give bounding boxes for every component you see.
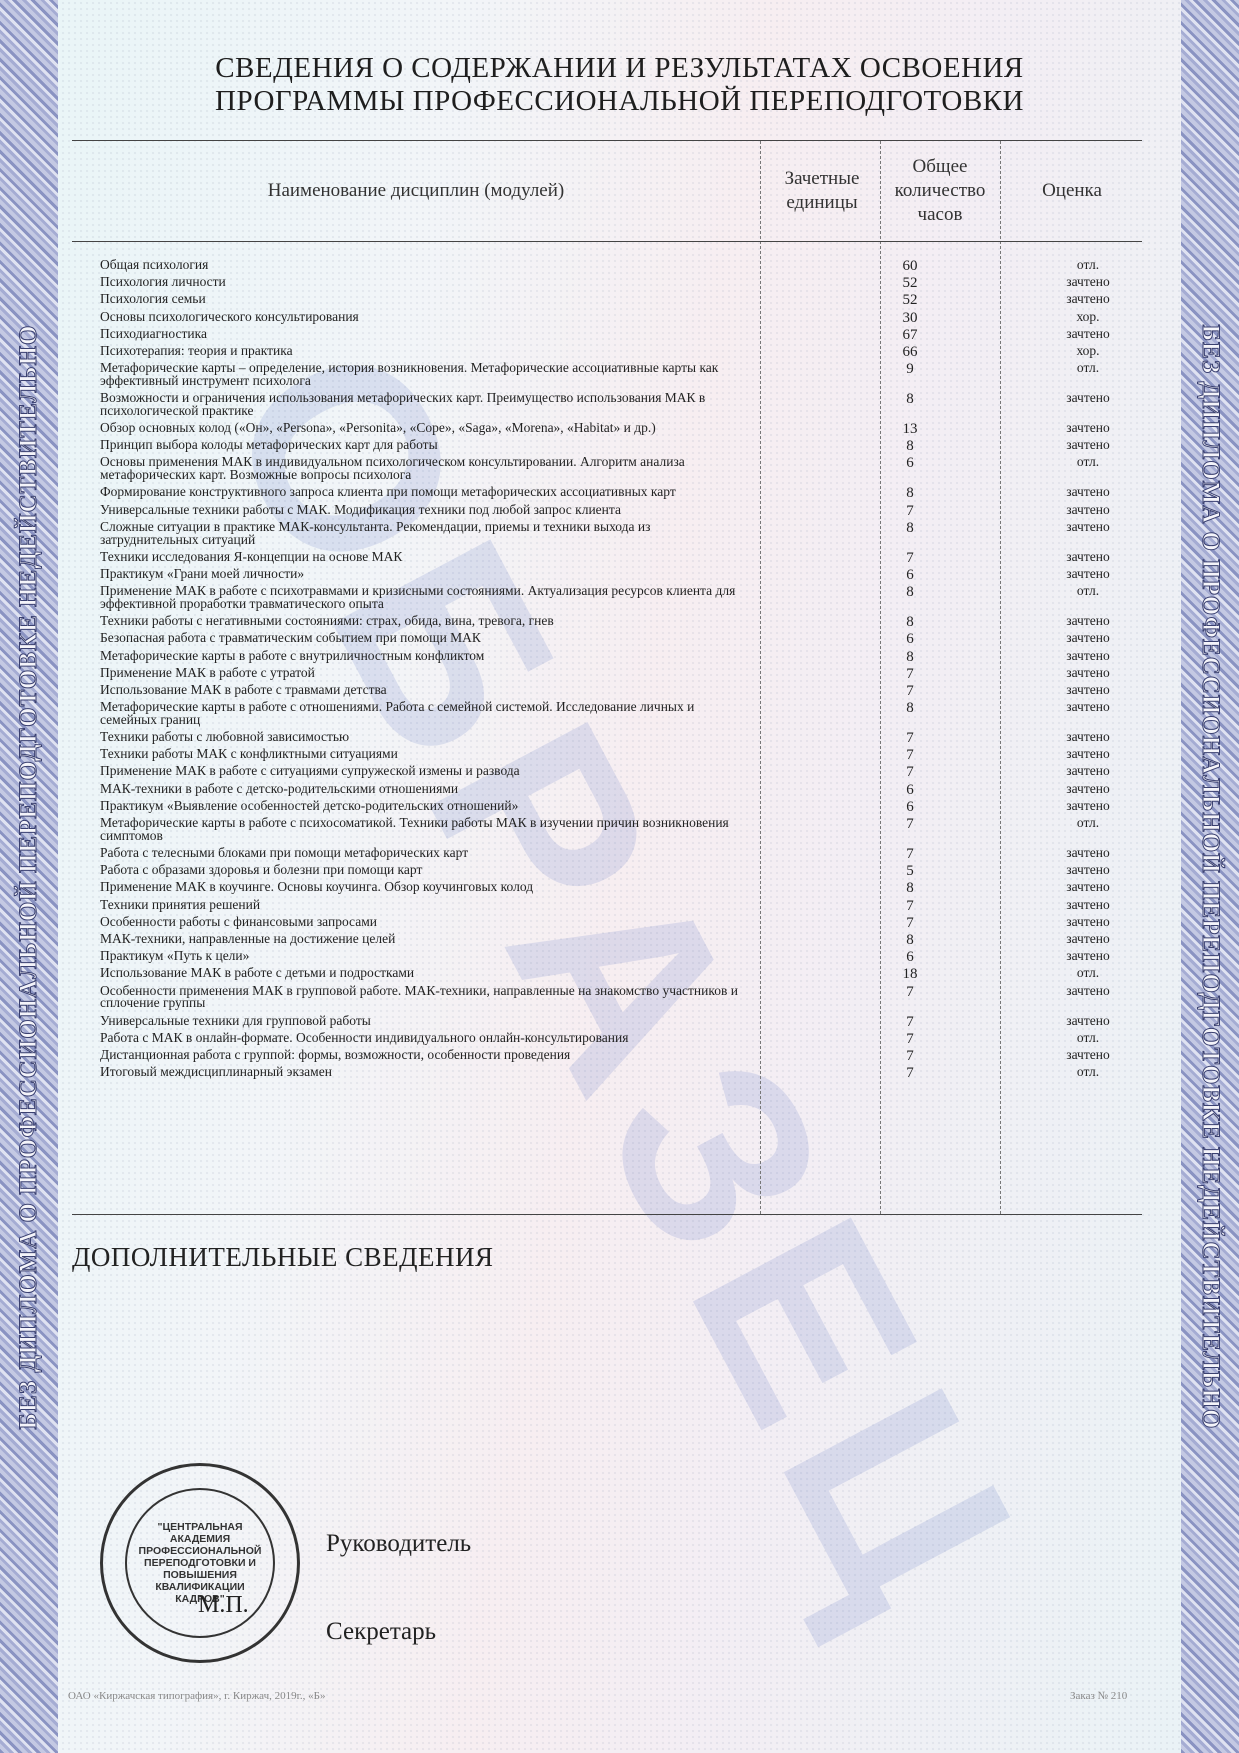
- discipline-grade: зачтено: [1028, 985, 1148, 998]
- discipline-grade: зачтено: [1028, 650, 1148, 663]
- additional-info-heading: ДОПОЛНИТЕЛЬНЫЕ СВЕДЕНИЯ: [72, 1242, 494, 1273]
- table-row: Работа с МАК в онлайн-формате. Особеннос…: [100, 1032, 1140, 1045]
- table-row: Применение МАК в коучинге. Основы коучин…: [100, 881, 1140, 894]
- discipline-name: Основы применения МАК в индивидуальном п…: [100, 456, 740, 482]
- discipline-hours: 7: [870, 748, 950, 763]
- page-title-line-2: ПРОГРАММЫ ПРОФЕССИОНАЛЬНОЙ ПЕРЕПОДГОТОВК…: [60, 85, 1179, 118]
- discipline-name: Работа с образами здоровья и болезни при…: [100, 864, 740, 877]
- table-row: Техники работы с любовной зависимостью7з…: [100, 731, 1140, 744]
- discipline-hours: 7: [870, 1049, 950, 1064]
- discipline-hours: 8: [870, 933, 950, 948]
- discipline-name: Дистанционная работа с группой: формы, в…: [100, 1049, 740, 1062]
- table-row: Психодиагностика67зачтено: [100, 328, 1140, 341]
- head-signature-label: Руководитель: [326, 1530, 471, 1558]
- table-row: Безопасная работа с травматическим событ…: [100, 632, 1140, 645]
- discipline-hours: 7: [870, 731, 950, 746]
- discipline-hours: 8: [870, 615, 950, 630]
- discipline-grade: зачтено: [1028, 328, 1148, 341]
- discipline-hours: 8: [870, 439, 950, 454]
- discipline-grade: зачтено: [1028, 521, 1148, 534]
- table-row: Психология личности52зачтено: [100, 276, 1140, 289]
- discipline-grade: зачтено: [1028, 276, 1148, 289]
- discipline-name: Принцип выбора колоды метафорических кар…: [100, 439, 740, 452]
- discipline-name: Психотерапия: теория и практика: [100, 345, 740, 358]
- discipline-hours: 7: [870, 916, 950, 931]
- discipline-grade: зачтено: [1028, 864, 1148, 877]
- discipline-grade: отл.: [1028, 1032, 1148, 1045]
- seal-place-label: М.П.: [198, 1592, 249, 1619]
- discipline-hours: 7: [870, 1015, 950, 1030]
- discipline-name: Психология семьи: [100, 293, 740, 306]
- table-row: Работа с образами здоровья и болезни при…: [100, 864, 1140, 877]
- table-row: Практикум «Путь к цели»6зачтено: [100, 950, 1140, 963]
- discipline-name: Особенности работы с финансовыми запроса…: [100, 916, 740, 929]
- table-row: Практикум «Грани моей личности»6зачтено: [100, 568, 1140, 581]
- table-row: Особенности работы с финансовыми запроса…: [100, 916, 1140, 929]
- discipline-grade: хор.: [1028, 345, 1148, 358]
- discipline-name: Техники работы МАК с конфликтными ситуац…: [100, 748, 740, 761]
- header-divider: [72, 241, 1142, 242]
- table-row: Обзор основных колод («Он», «Persona», «…: [100, 422, 1140, 435]
- table-row: Сложные ситуации в практике МАК-консульт…: [100, 521, 1140, 547]
- discipline-name: Особенности применения МАК в групповой р…: [100, 985, 740, 1011]
- discipline-hours: 8: [870, 881, 950, 896]
- discipline-grade: отл.: [1028, 967, 1148, 980]
- discipline-grade: зачтено: [1028, 504, 1148, 517]
- discipline-hours: 9: [870, 362, 950, 377]
- discipline-hours: 7: [870, 985, 950, 1000]
- table-row: Применение МАК в работе с ситуациями суп…: [100, 765, 1140, 778]
- discipline-name: Сложные ситуации в практике МАК-консульт…: [100, 521, 740, 547]
- table-row: Основы психологического консультирования…: [100, 311, 1140, 324]
- discipline-hours: 5: [870, 864, 950, 879]
- table-row: Работа с телесными блоками при помощи ме…: [100, 847, 1140, 860]
- discipline-hours: 7: [870, 847, 950, 862]
- discipline-name: Работа с телесными блоками при помощи ме…: [100, 847, 740, 860]
- discipline-hours: 8: [870, 486, 950, 501]
- discipline-grade: зачтено: [1028, 486, 1148, 499]
- discipline-name: Практикум «Грани моей личности»: [100, 568, 740, 581]
- table-row: МАК-техники в работе с детско-родительск…: [100, 783, 1140, 796]
- table-row: МАК-техники, направленные на достижение …: [100, 933, 1140, 946]
- discipline-grade: зачтено: [1028, 899, 1148, 912]
- table-row: Психология семьи52зачтено: [100, 293, 1140, 306]
- discipline-name: Работа с МАК в онлайн-формате. Особеннос…: [100, 1032, 740, 1045]
- discipline-name: Применение МАК в работе с психотравмами …: [100, 585, 740, 611]
- header-discipline-name: Наименование дисциплин (модулей): [72, 141, 760, 241]
- discipline-name: Метафорические карты в работе с психосом…: [100, 817, 740, 843]
- discipline-grade: зачтено: [1028, 1015, 1148, 1028]
- discipline-name: Метафорические карты – определение, исто…: [100, 362, 740, 388]
- header-grade: Оценка: [1002, 141, 1142, 241]
- discipline-grade: зачтено: [1028, 881, 1148, 894]
- table-row: Техники принятия решений7зачтено: [100, 899, 1140, 912]
- discipline-hours: 7: [870, 551, 950, 566]
- table-row: Дистанционная работа с группой: формы, в…: [100, 1049, 1140, 1062]
- discipline-grade: отл.: [1028, 817, 1148, 830]
- order-number: Заказ № 210: [1070, 1690, 1127, 1702]
- discipline-grade: зачтено: [1028, 439, 1148, 452]
- official-stamp: "ЦЕНТРАЛЬНАЯ АКАДЕМИЯ ПРОФЕССИОНАЛЬНОЙ П…: [100, 1463, 300, 1663]
- table-row: Использование МАК в работе с детьми и по…: [100, 967, 1140, 980]
- table-row: Практикум «Выявление особенностей детско…: [100, 800, 1140, 813]
- discipline-grade: отл.: [1028, 1066, 1148, 1079]
- table-body: Общая психология60отл.Психология личност…: [100, 259, 1140, 1083]
- discipline-grade: зачтено: [1028, 392, 1148, 405]
- discipline-hours: 6: [870, 456, 950, 471]
- discipline-name: Использование МАК в работе с детьми и по…: [100, 967, 740, 980]
- discipline-name: Техники принятия решений: [100, 899, 740, 912]
- discipline-hours: 8: [870, 650, 950, 665]
- discipline-grade: зачтено: [1028, 916, 1148, 929]
- discipline-grade: отл.: [1028, 362, 1148, 375]
- discipline-name: Метафорические карты в работе с внутрили…: [100, 650, 740, 663]
- discipline-name: Общая психология: [100, 259, 740, 272]
- discipline-hours: 8: [870, 521, 950, 536]
- security-strip-left-text: БЕЗ ДИПЛОМА О ПРОФЕССИОНАЛЬНОЙ ПЕРЕПОДГО…: [15, 324, 43, 1429]
- discipline-hours: 66: [870, 345, 950, 360]
- discipline-hours: 52: [870, 293, 950, 308]
- table-row: Метафорические карты в работе с психосом…: [100, 817, 1140, 843]
- table-row: Универсальные техники для групповой рабо…: [100, 1015, 1140, 1028]
- discipline-grade: зачтено: [1028, 293, 1148, 306]
- discipline-grade: зачтено: [1028, 422, 1148, 435]
- discipline-grade: зачтено: [1028, 701, 1148, 714]
- discipline-hours: 8: [870, 701, 950, 716]
- disciplines-table: Наименование дисциплин (модулей) Зачетны…: [72, 140, 1142, 1215]
- table-row: Основы применения МАК в индивидуальном п…: [100, 456, 1140, 482]
- table-row: Особенности применения МАК в групповой р…: [100, 985, 1140, 1011]
- discipline-name: Универсальные техники для групповой рабо…: [100, 1015, 740, 1028]
- discipline-grade: отл.: [1028, 456, 1148, 469]
- table-row: Техники работы с негативными состояниями…: [100, 615, 1140, 628]
- discipline-hours: 6: [870, 950, 950, 965]
- discipline-grade: зачтено: [1028, 684, 1148, 697]
- discipline-hours: 7: [870, 504, 950, 519]
- discipline-hours: 67: [870, 328, 950, 343]
- table-row: Принцип выбора колоды метафорических кар…: [100, 439, 1140, 452]
- discipline-hours: 6: [870, 568, 950, 583]
- discipline-grade: зачтено: [1028, 731, 1148, 744]
- discipline-hours: 30: [870, 311, 950, 326]
- page-title: СВЕДЕНИЯ О СОДЕРЖАНИИ И РЕЗУЛЬТАТАХ ОСВО…: [60, 52, 1179, 118]
- security-strip-right: БЕЗ ДИПЛОМА О ПРОФЕССИОНАЛЬНОЙ ПЕРЕПОДГО…: [1181, 0, 1239, 1753]
- header-hours: Общее количество часов: [884, 141, 996, 241]
- discipline-hours: 60: [870, 259, 950, 274]
- discipline-hours: 7: [870, 667, 950, 682]
- table-row: Техники исследования Я-концепции на осно…: [100, 551, 1140, 564]
- discipline-name: Основы психологического консультирования: [100, 311, 740, 324]
- discipline-hours: 7: [870, 684, 950, 699]
- secretary-signature-label: Секретарь: [326, 1618, 436, 1646]
- discipline-hours: 6: [870, 783, 950, 798]
- discipline-name: Применение МАК в работе с утратой: [100, 667, 740, 680]
- table-row: Использование МАК в работе с травмами де…: [100, 684, 1140, 697]
- discipline-name: Итоговый междисциплинарный экзамен: [100, 1066, 740, 1079]
- table-row: Метафорические карты – определение, исто…: [100, 362, 1140, 388]
- discipline-name: Психодиагностика: [100, 328, 740, 341]
- header-credits: Зачетные единицы: [772, 141, 872, 241]
- printer-info: ОАО «Киржачская типография», г. Киржач, …: [68, 1690, 326, 1702]
- discipline-grade: хор.: [1028, 311, 1148, 324]
- discipline-grade: зачтено: [1028, 615, 1148, 628]
- discipline-name: Применение МАК в работе с ситуациями суп…: [100, 765, 740, 778]
- discipline-hours: 7: [870, 1066, 950, 1081]
- discipline-name: Применение МАК в коучинге. Основы коучин…: [100, 881, 740, 894]
- discipline-grade: зачтено: [1028, 933, 1148, 946]
- discipline-grade: зачтено: [1028, 950, 1148, 963]
- page-title-line-1: СВЕДЕНИЯ О СОДЕРЖАНИИ И РЕЗУЛЬТАТАХ ОСВО…: [60, 52, 1179, 85]
- discipline-hours: 6: [870, 800, 950, 815]
- discipline-name: Возможности и ограничения использования …: [100, 392, 740, 418]
- discipline-name: Техники работы с негативными состояниями…: [100, 615, 740, 628]
- discipline-grade: зачтено: [1028, 667, 1148, 680]
- discipline-grade: зачтено: [1028, 748, 1148, 761]
- discipline-hours: 7: [870, 1032, 950, 1047]
- table-row: Формирование конструктивного запроса кли…: [100, 486, 1140, 499]
- discipline-name: Практикум «Выявление особенностей детско…: [100, 800, 740, 813]
- discipline-grade: зачтено: [1028, 551, 1148, 564]
- table-row: Метафорические карты в работе с внутрили…: [100, 650, 1140, 663]
- discipline-hours: 7: [870, 817, 950, 832]
- discipline-name: Техники исследования Я-концепции на осно…: [100, 551, 740, 564]
- discipline-grade: отл.: [1028, 259, 1148, 272]
- discipline-name: Формирование конструктивного запроса кли…: [100, 486, 740, 499]
- table-row: Метафорические карты в работе с отношени…: [100, 701, 1140, 727]
- discipline-grade: зачтено: [1028, 800, 1148, 813]
- discipline-name: Психология личности: [100, 276, 740, 289]
- discipline-name: Практикум «Путь к цели»: [100, 950, 740, 963]
- discipline-hours: 7: [870, 899, 950, 914]
- discipline-name: МАК-техники, направленные на достижение …: [100, 933, 740, 946]
- discipline-hours: 18: [870, 967, 950, 982]
- discipline-name: Обзор основных колод («Он», «Persona», «…: [100, 422, 740, 435]
- discipline-hours: 13: [870, 422, 950, 437]
- table-row: Применение МАК в работе с психотравмами …: [100, 585, 1140, 611]
- security-strip-right-text: БЕЗ ДИПЛОМА О ПРОФЕССИОНАЛЬНОЙ ПЕРЕПОДГО…: [1196, 324, 1224, 1429]
- discipline-hours: 8: [870, 392, 950, 407]
- security-strip-left: БЕЗ ДИПЛОМА О ПРОФЕССИОНАЛЬНОЙ ПЕРЕПОДГО…: [0, 0, 58, 1753]
- table-row: Техники работы МАК с конфликтными ситуац…: [100, 748, 1140, 761]
- discipline-grade: отл.: [1028, 585, 1148, 598]
- discipline-hours: 7: [870, 765, 950, 780]
- discipline-name: Использование МАК в работе с травмами де…: [100, 684, 740, 697]
- discipline-name: Техники работы с любовной зависимостью: [100, 731, 740, 744]
- table-row: Итоговый междисциплинарный экзамен7отл.: [100, 1066, 1140, 1079]
- discipline-name: Безопасная работа с травматическим событ…: [100, 632, 740, 645]
- table-row: Применение МАК в работе с утратой7зачтен…: [100, 667, 1140, 680]
- discipline-grade: зачтено: [1028, 847, 1148, 860]
- discipline-name: МАК-техники в работе с детско-родительск…: [100, 783, 740, 796]
- discipline-name: Метафорические карты в работе с отношени…: [100, 701, 740, 727]
- discipline-hours: 8: [870, 585, 950, 600]
- discipline-grade: зачтено: [1028, 765, 1148, 778]
- discipline-grade: зачтено: [1028, 632, 1148, 645]
- discipline-grade: зачтено: [1028, 1049, 1148, 1062]
- table-row: Общая психология60отл.: [100, 259, 1140, 272]
- discipline-grade: зачтено: [1028, 568, 1148, 581]
- table-row: Универсальные техники работы с МАК. Моди…: [100, 504, 1140, 517]
- table-row: Возможности и ограничения использования …: [100, 392, 1140, 418]
- table-row: Психотерапия: теория и практика66хор.: [100, 345, 1140, 358]
- discipline-grade: зачтено: [1028, 783, 1148, 796]
- discipline-name: Универсальные техники работы с МАК. Моди…: [100, 504, 740, 517]
- discipline-hours: 52: [870, 276, 950, 291]
- discipline-hours: 6: [870, 632, 950, 647]
